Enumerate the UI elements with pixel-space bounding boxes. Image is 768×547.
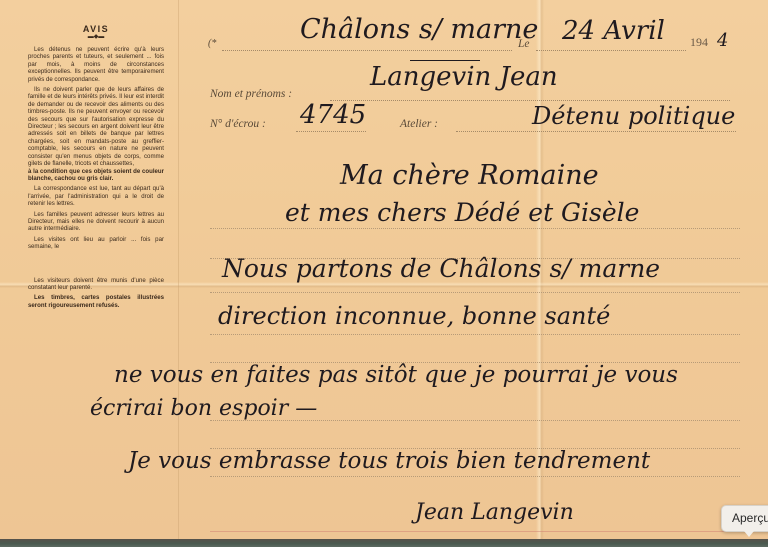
- year-printed: 194: [690, 35, 708, 50]
- letter-salutation-line: Ma chère Romaine: [340, 160, 599, 191]
- letter-body-line: direction inconnue, bonne santé: [218, 302, 610, 330]
- notice-paragraph-bold: à la condition que ces objets soient de …: [28, 168, 164, 183]
- name-label: Nom et prénoms :: [210, 88, 292, 100]
- name-handwritten: Langevin Jean: [370, 62, 558, 92]
- date-handwritten: 24 Avril: [562, 16, 665, 46]
- ruled-line-red: [210, 531, 740, 532]
- viewer-bottom-bar: [0, 539, 768, 547]
- place-underline: [410, 60, 480, 61]
- ruled-line: [210, 334, 740, 335]
- ecrou-dotted-line: [296, 131, 366, 132]
- notice-paragraph: Les familles peuvent adresser leurs lett…: [28, 211, 164, 233]
- preview-tooltip: Aperçu: [721, 505, 768, 532]
- notice-paragraph: La correspondance est lue, tant au dépar…: [28, 185, 164, 207]
- notice-paragraph: Ils ne doivent parler que de leurs affai…: [28, 86, 164, 167]
- notice-paragraph: Les visites ont lieu au parloir ... fois…: [28, 236, 164, 251]
- scanned-letter-page: AVIS ▬◆▬ Les détenus ne peuvent écrire q…: [0, 0, 768, 539]
- notice-ornament: ▬◆▬: [28, 34, 164, 40]
- atelier-label: Atelier :: [400, 118, 438, 130]
- atelier-dotted-line: [456, 131, 736, 132]
- ruled-line: [210, 292, 740, 293]
- letter-body-line: Nous partons de Châlons s/ marne: [222, 254, 660, 283]
- notice-sidebar: AVIS ▬◆▬ Les détenus ne peuvent écrire q…: [28, 0, 164, 312]
- date-label: Le: [518, 38, 530, 50]
- letter-closing-line: Je vous embrasse tous trois bien tendrem…: [128, 448, 650, 474]
- atelier-handwritten: Détenu politique: [532, 102, 735, 130]
- place-prefix: (*: [208, 38, 216, 49]
- notice-title: AVIS: [28, 24, 164, 34]
- ecrou-label: N° d'écrou :: [210, 118, 266, 130]
- letter-body-line: écrirai bon espoir —: [90, 396, 317, 421]
- date-dotted-line: [536, 50, 686, 51]
- notice-paragraph: Les détenus ne peuvent écrire qu'à leurs…: [28, 46, 164, 83]
- ruled-line: [210, 228, 740, 229]
- notice-paragraph: Les visiteurs doivent être munis d'une p…: [28, 277, 164, 292]
- name-dotted-line: [330, 100, 730, 101]
- letter-signature: Jean Langevin: [415, 500, 574, 525]
- ecrou-handwritten: 4745: [300, 100, 366, 130]
- year-handwritten: 4: [717, 30, 728, 51]
- notice-paragraph-bold: Les timbres, cartes postales illustrées …: [28, 294, 164, 309]
- letter-body-line: ne vous en faites pas sitôt que je pourr…: [114, 362, 678, 388]
- place-dotted-line: [222, 50, 512, 51]
- letter-salutation-line: et mes chers Dédé et Gisèle: [285, 198, 639, 227]
- ruled-line: [210, 476, 740, 477]
- place-handwritten: Châlons s/ marne: [300, 14, 538, 45]
